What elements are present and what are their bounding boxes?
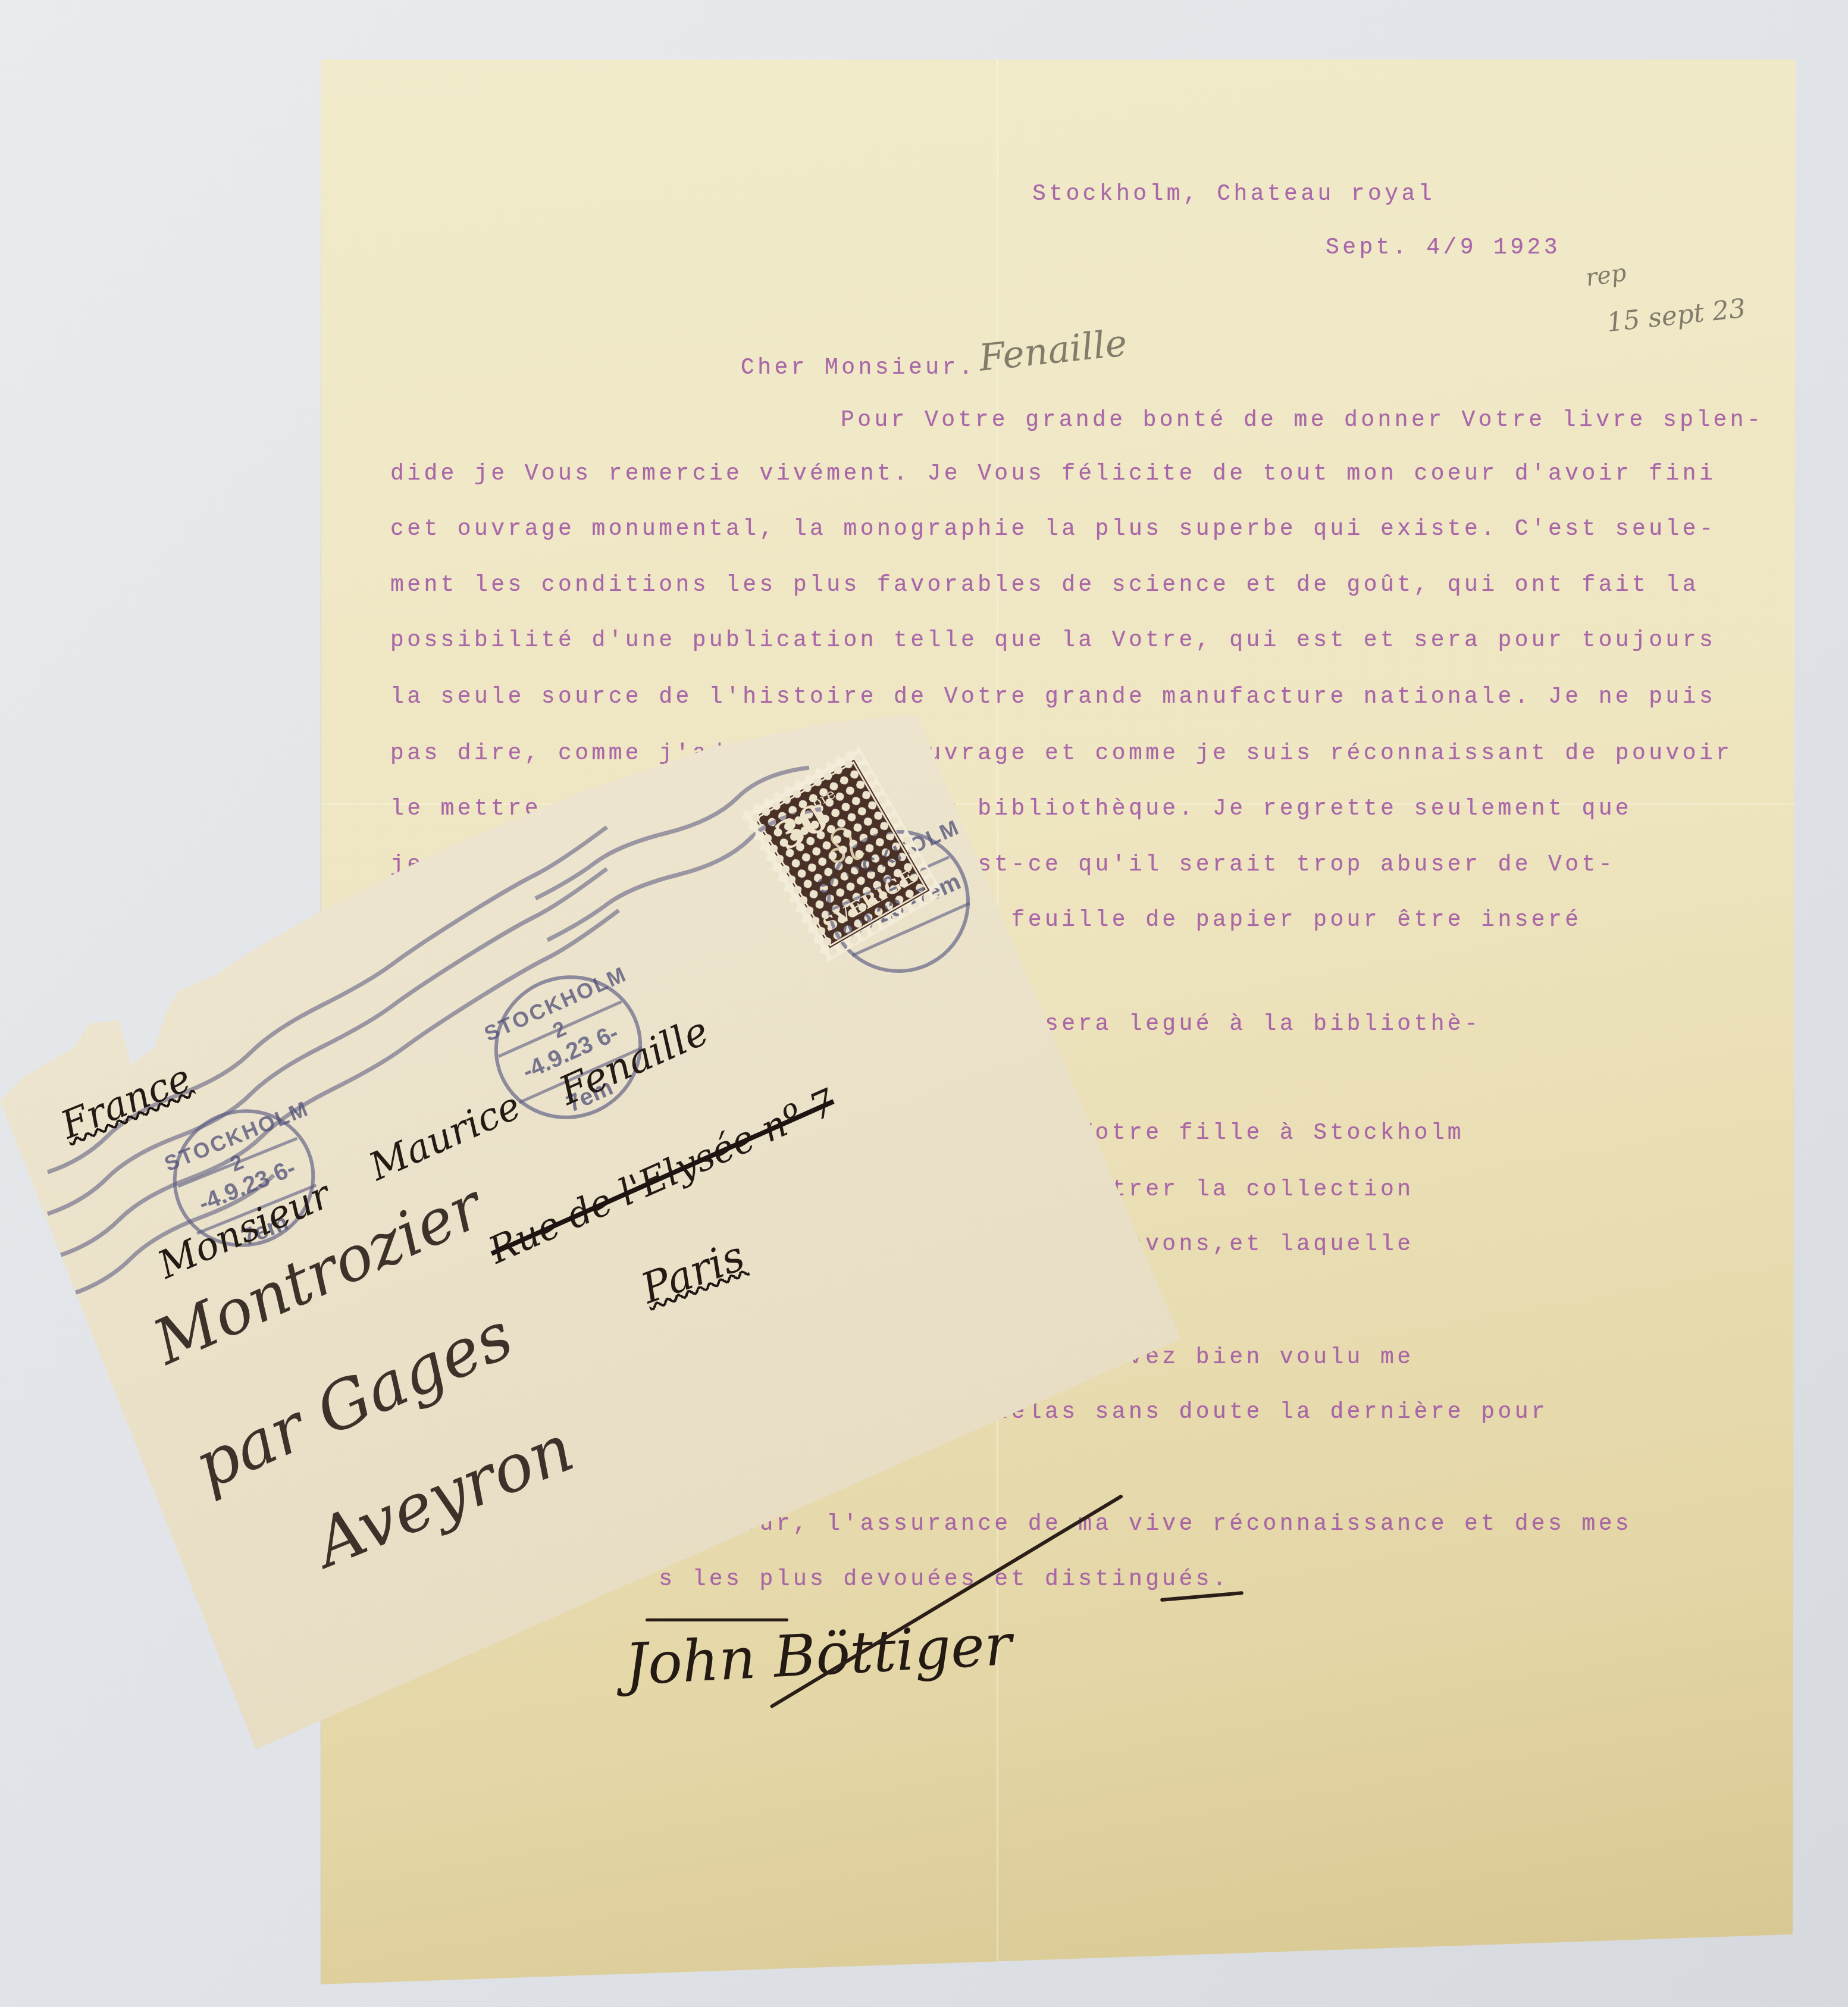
letter-salutation: Cher Monsieur.: [741, 355, 976, 381]
letter-date: Sept. 4/9 1923: [1326, 235, 1561, 261]
letter-body-line: possibilité d'une publication telle que …: [390, 628, 1716, 653]
letter-body-line: Mademoiselle Votre fille à Stockholm: [390, 1120, 1464, 1146]
letter-body-line: Pour Votre grande bonté de me donner Vot…: [841, 408, 1764, 433]
signature-flourish-top: [646, 1618, 788, 1621]
address-country: France: [55, 1056, 197, 1148]
reply-note-pencil: rep: [1584, 259, 1628, 292]
letter-body-line: dide je Vous remercie vivément. Je Vous …: [390, 461, 1716, 487]
letter-body-line: a Paris - hélas sans doute la dernière p…: [390, 1399, 1548, 1425]
letter-place: Stockholm, Chateau royal: [1032, 181, 1435, 207]
letter-body-line: je n'ai main. Est-ce qu'il serait trop a…: [390, 852, 1615, 878]
letter-body-line: Monsieur, l'assurance de ma vive réconna…: [390, 1511, 1632, 1537]
letter-body-line: cet ouvrage monumental, la monographie l…: [390, 516, 1716, 542]
letter-body-line: s les plus devouées et distingués.: [390, 1567, 1229, 1592]
letter-body-line: ouvoir Vous montrer la collection: [390, 1177, 1414, 1203]
address-title: Monsieur: [152, 1173, 337, 1288]
letter-body-line: accueil que Vous avez bien voulu me: [390, 1345, 1414, 1370]
letter-body-line: e sur une feuille de papier pour être in…: [390, 907, 1581, 933]
letter-body-line: ment les conditions les plus favorables …: [390, 572, 1699, 598]
postmark: STOCKHOLM 2 -4.9.23 6-7em: [152, 1088, 336, 1268]
letter-body-line: la tapisserie sera legué à la bibliothè-: [390, 1012, 1481, 1037]
letter-body-line: la seule source de l'histoire de Votre g…: [390, 684, 1716, 710]
letter-body-line: le mettre sur la lans ma bibliothèque. J…: [390, 796, 1632, 822]
letter-body-line: pas dire, comme j'admire uvrage et comme…: [390, 741, 1733, 766]
letter-body-line: oi Gustave III, avons,et laquelle: [390, 1232, 1414, 1257]
